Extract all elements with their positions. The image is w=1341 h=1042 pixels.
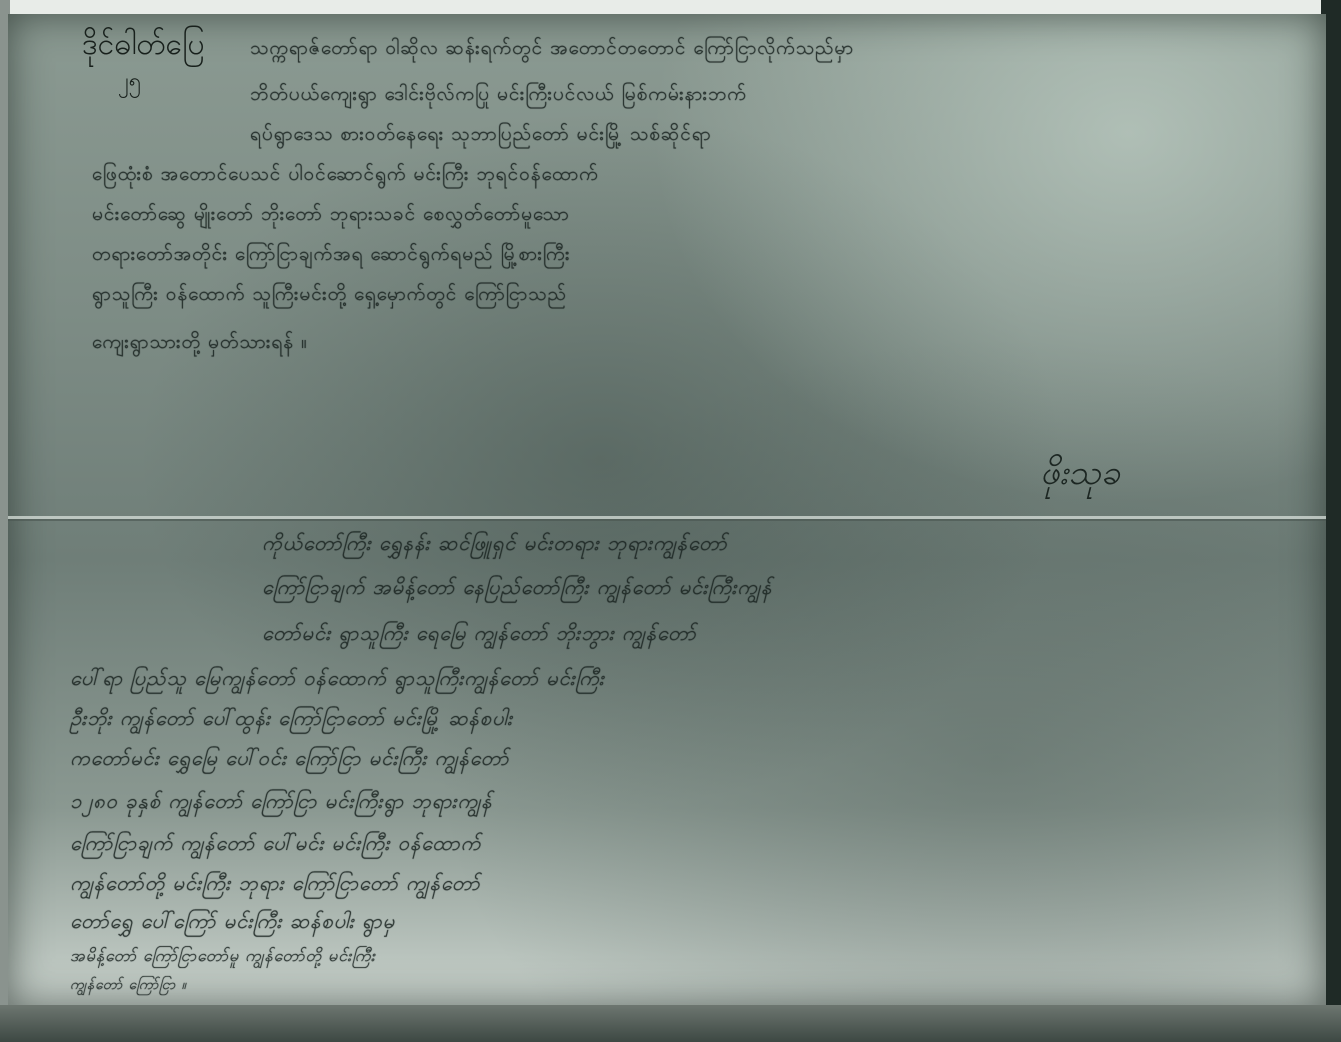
lower-line: ဦးဘိုး ကျွန်တော် ပေါ်ထွန်း ကြော်ငြာတော် … bbox=[70, 705, 513, 735]
manuscript-heading-number: ၂၅ bbox=[118, 66, 141, 99]
lower-line: ကိုယ်တော်ကြီး ရွှေနန်း ဆင်ဖြူရှင် မင်းတရ… bbox=[262, 530, 728, 560]
lower-line: တော်မင်း ရွာသူကြီး ရေမြေ ကျွန်တော် ဘိုးဘ… bbox=[262, 620, 697, 650]
upper-line: တရားတော်အတိုင်း ကြော်ငြာချက်အရ ဆောင်ရွက်… bbox=[92, 242, 570, 270]
signature: ဖိုးသုခ bbox=[1040, 450, 1120, 501]
lower-line: ကျွန်တော်တို့ မင်းကြီး ဘုရား ကြော်ငြာတော… bbox=[70, 870, 480, 900]
lower-line: အမိန့်တော် ကြော်ငြာတော်မူ ကျွန်တော်တို့ … bbox=[70, 945, 376, 969]
lower-line: ၁၂၈၀ ခုနှစ် ကျွန်တော် ကြော်ငြာ မင်းကြီးရ… bbox=[70, 788, 493, 818]
page-fold-shadow bbox=[8, 519, 1326, 521]
upper-line: သက္ကရာဇ်တော်ရာ ဝါဆိုလ ဆန်းရက်တွင် အတောင်… bbox=[250, 36, 854, 64]
upper-line: ရွာသူကြီး ဝန်ထောက် သူကြီးမင်းတို့ ရှေ့မှ… bbox=[92, 282, 567, 310]
upper-line: ဘိတ်ပယ်ကျေးရွာ ဒေါင်းဗိုလ်ကပြု မင်းကြီးပ… bbox=[250, 82, 747, 110]
manuscript-heading: ဒိုင်ဓါတ်ပြေ bbox=[82, 24, 205, 69]
upper-line: မင်းတော်ဆွေ မျိုးတော် ဘိုးတော် ဘုရားသခင်… bbox=[92, 202, 570, 230]
upper-line: ကျေးရွာသားတို့ မှတ်သားရန် ။ bbox=[92, 330, 308, 358]
lower-line: ကြော်ငြာချက် ကျွန်တော် ပေါ်မင်း မင်းကြီး… bbox=[70, 830, 481, 860]
lower-line: ကြော်ငြာချက် အမိန့်တော် နေပြည်တော်ကြီး က… bbox=[262, 574, 772, 604]
lower-line: တော်ရွှေ ပေါ်ကြော် မင်းကြီး ဆန်စပါး ရွာမ… bbox=[70, 908, 395, 938]
lower-line: ကျွန်တော် ကြော်ငြာ ။ bbox=[70, 975, 187, 996]
lower-line: ကတော်မင်း ရွှေမြေ ပေါ်ဝင်း ကြော်ငြာ မင်း… bbox=[70, 745, 509, 775]
photo-border-bottom bbox=[0, 1005, 1341, 1042]
upper-line: ရပ်ရွာဒေသ စားဝတ်နေရေး သုဘာပြည်တော် မင်းမ… bbox=[250, 122, 712, 150]
upper-line: ဖြေထုံးစံ အတောင်ပေသင် ပါဝင်ဆောင်ရွက် မင်… bbox=[92, 162, 599, 190]
lower-line: ပေါ်ရာ ပြည်သူ မြေကျွန်တော် ဝန်ထောက် ရွာသ… bbox=[70, 665, 605, 695]
